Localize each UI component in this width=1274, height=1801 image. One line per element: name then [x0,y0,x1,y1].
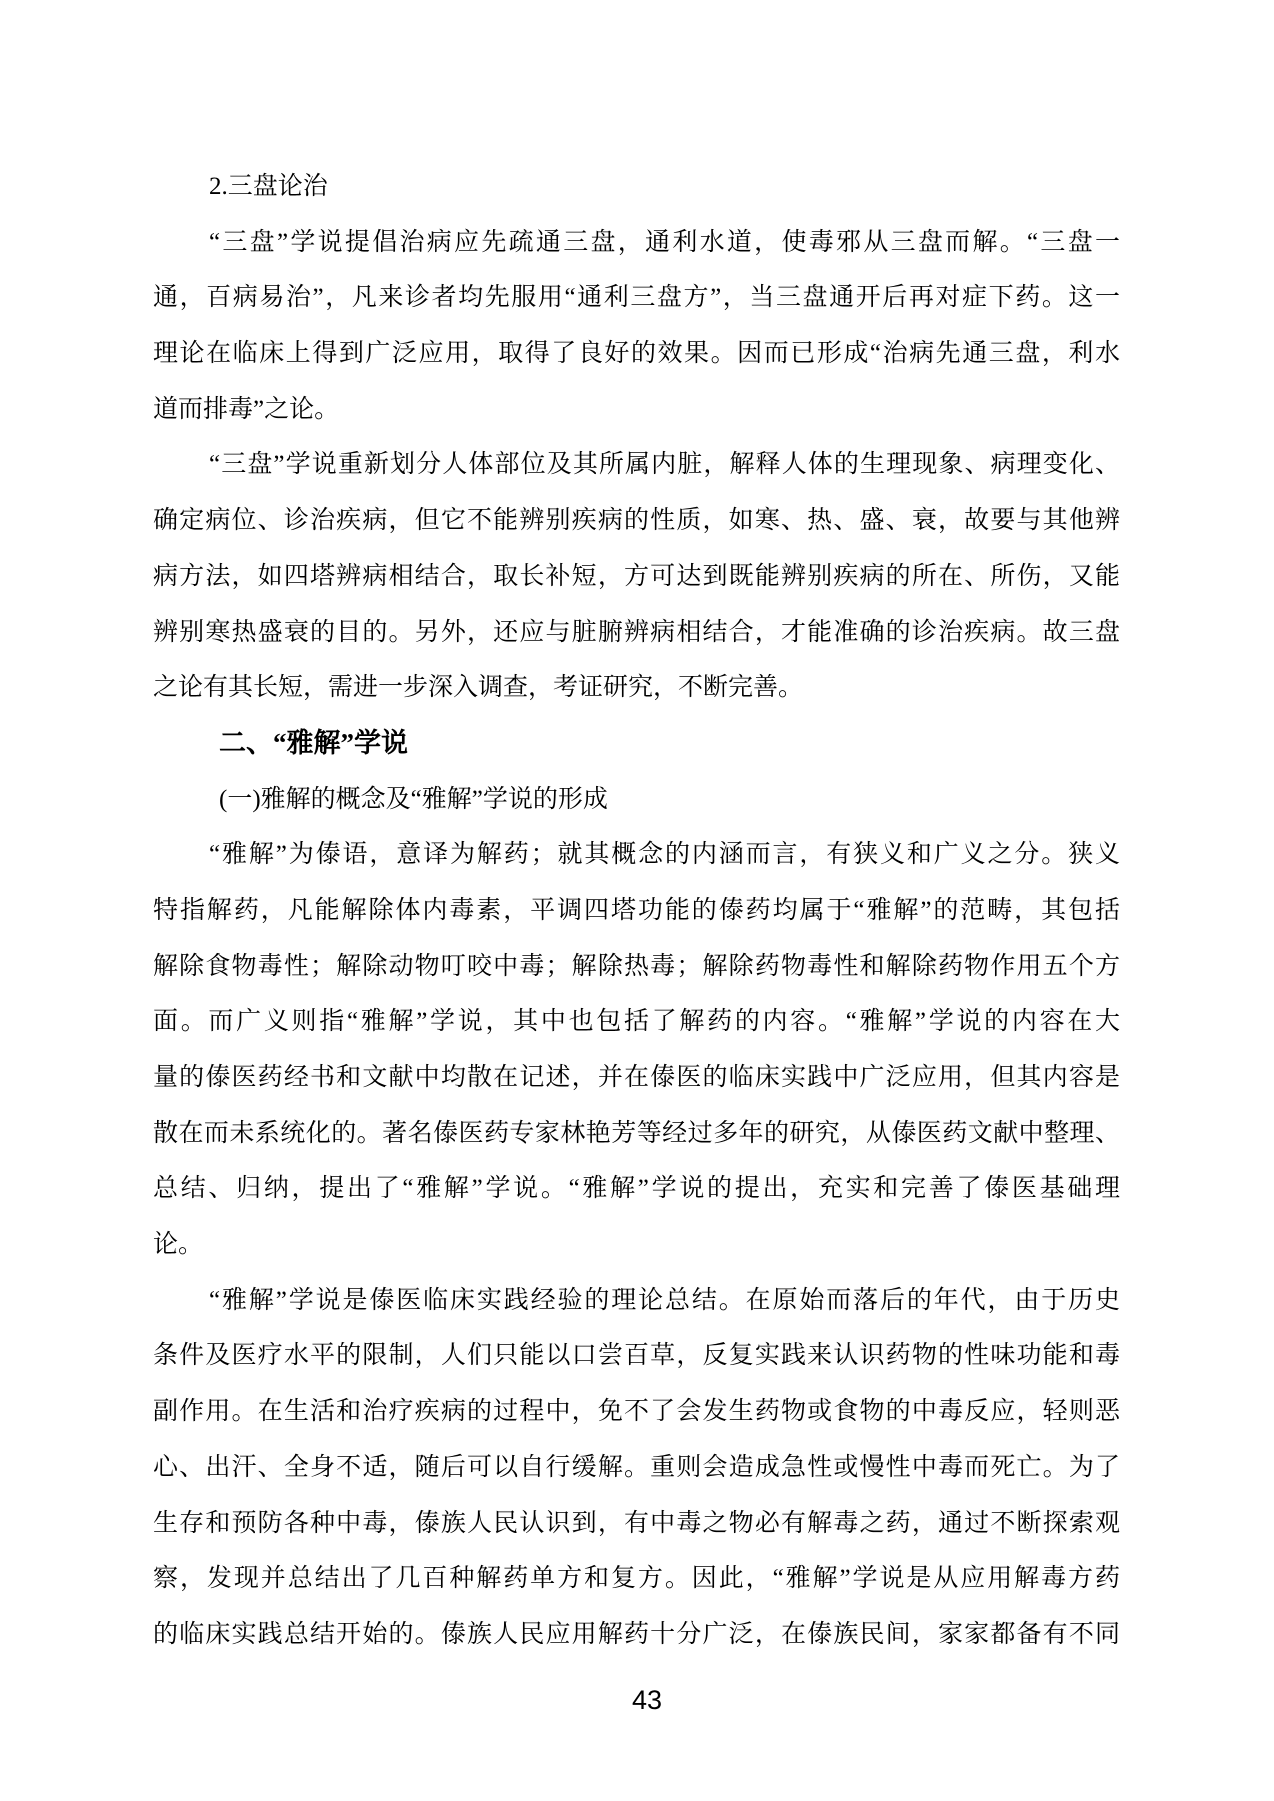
text-line: 解除食物毒性；解除动物叮咬中毒；解除热毒；解除药物毒性和解除药物作用五个方 [153,939,1120,995]
text-line: 确定病位、诊治疾病，但它不能辨别疾病的性质，如寒、热、盛、衰，故要与其他辨 [153,493,1120,549]
text-line: 2.三盘论治 [153,159,1120,215]
text-line: 的临床实践总结开始的。傣族人民应用解药十分广泛，在傣族民间，家家都备有不同 [153,1607,1120,1663]
text-line: 论。 [153,1217,1120,1273]
document-body: 2.三盘论治“三盘”学说提倡治病应先疏通三盘，通利水道，使毒邪从三盘而解。“三盘… [153,159,1120,1663]
document-page: 2.三盘论治“三盘”学说提倡治病应先疏通三盘，通利水道，使毒邪从三盘而解。“三盘… [0,0,1274,1801]
text-line: “三盘”学说提倡治病应先疏通三盘，通利水道，使毒邪从三盘而解。“三盘一 [153,215,1120,271]
text-line: (一)雅解的概念及“雅解”学说的形成 [153,772,1120,828]
text-line: 通，百病易治”，凡来诊者均先服用“通利三盘方”，当三盘通开后再对症下药。这一 [153,270,1120,326]
text-line: 察，发现并总结出了几百种解药单方和复方。因此，“雅解”学说是从应用解毒方药 [153,1551,1120,1607]
text-line: 心、出汗、全身不适，随后可以自行缓解。重则会造成急性或慢性中毒而死亡。为了 [153,1440,1120,1496]
text-line: “三盘”学说重新划分人体部位及其所属内脏，解释人体的生理现象、病理变化、 [153,437,1120,493]
text-line: “雅解”学说是傣医临床实践经验的理论总结。在原始而落后的年代，由于历史 [153,1273,1120,1329]
text-line: 辨别寒热盛衰的目的。另外，还应与脏腑辨病相结合，才能准确的诊治疾病。故三盘 [153,605,1120,661]
text-line: 特指解药，凡能解除体内毒素，平调四塔功能的傣药均属于“雅解”的范畴，其包括 [153,883,1120,939]
text-line: 病方法，如四塔辨病相结合，取长补短，方可达到既能辨别疾病的所在、所伤，又能 [153,549,1120,605]
text-line: 道而排毒”之论。 [153,382,1120,438]
text-line: 条件及医疗水平的限制，人们只能以口尝百草，反复实践来认识药物的性味功能和毒 [153,1328,1120,1384]
text-line: “雅解”为傣语，意译为解药；就其概念的内涵而言，有狭义和广义之分。狭义 [153,827,1120,883]
text-line: 理论在临床上得到广泛应用，取得了良好的效果。因而已形成“治病先通三盘，利水 [153,326,1120,382]
text-line: 总结、归纳，提出了“雅解”学说。“雅解”学说的提出，充实和完善了傣医基础理 [153,1161,1120,1217]
section-heading: 二、“雅解”学说 [153,716,1120,772]
text-line: 散在而未系统化的。著名傣医药专家林艳芳等经过多年的研究，从傣医药文献中整理、 [153,1106,1120,1162]
page-number: 43 [0,1684,1274,1716]
page-number-value: 43 [632,1684,662,1716]
text-line: 副作用。在生活和治疗疾病的过程中，免不了会发生药物或食物的中毒反应，轻则恶 [153,1384,1120,1440]
text-line: 量的傣医药经书和文献中均散在记述，并在傣医的临床实践中广泛应用，但其内容是 [153,1050,1120,1106]
text-line: 面。而广义则指“雅解”学说，其中也包括了解药的内容。“雅解”学说的内容在大 [153,994,1120,1050]
text-line: 之论有其长短，需进一步深入调查，考证研究，不断完善。 [153,660,1120,716]
text-line: 生存和预防各种中毒，傣族人民认识到，有中毒之物必有解毒之药，通过不断探索观 [153,1496,1120,1552]
